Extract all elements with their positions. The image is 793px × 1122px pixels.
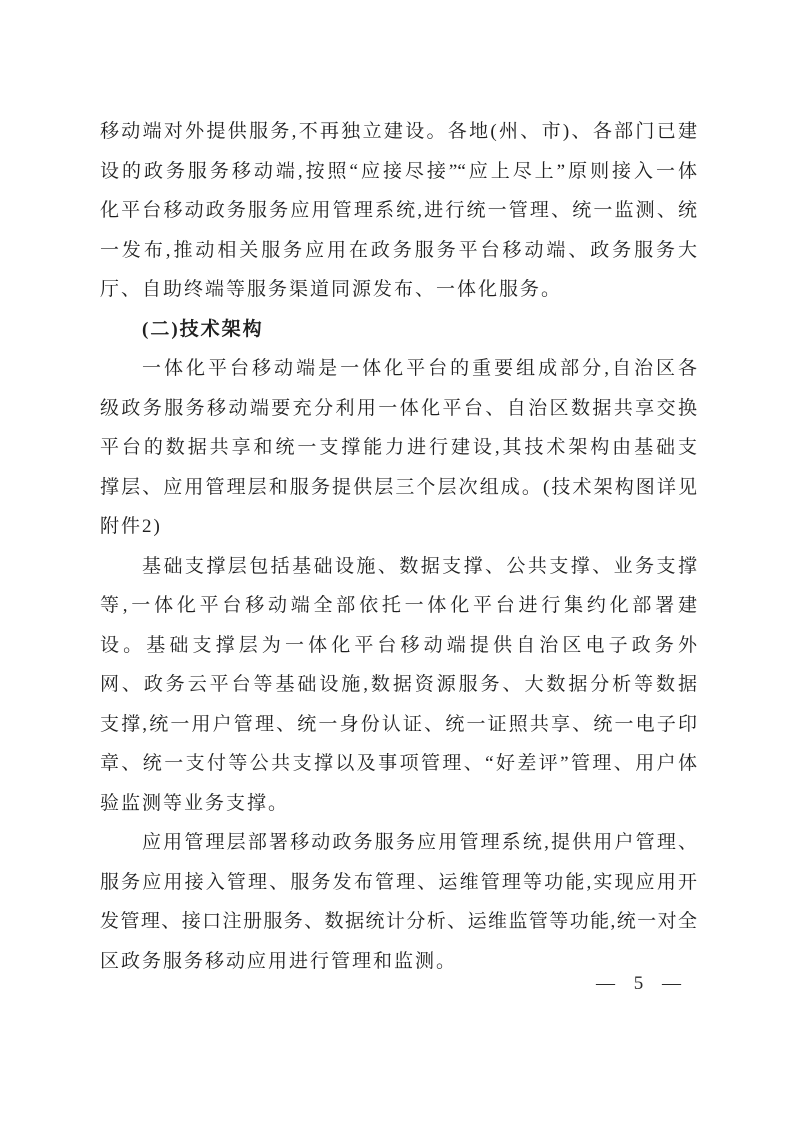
text-line: 应用管理层部署移动政务服务应用管理系统,提供用户管理、 <box>100 823 697 863</box>
text-line: 一发布,推动相关服务应用在政务服务平台移动端、政务服务大 <box>100 231 697 271</box>
text-line: 平台的数据共享和统一支撑能力进行建设,其技术架构由基础支 <box>100 428 697 468</box>
text-line: 设的政务服务移动端,按照“应接尽接”“应上尽上”原则接入一体 <box>100 152 697 192</box>
document-page: 移动端对外提供服务,不再独立建设。各地(州、市)、各部门已建设的政务服务移动端,… <box>0 0 793 1122</box>
text-line: 一体化平台移动端是一体化平台的重要组成部分,自治区各 <box>100 349 697 389</box>
text-line: 网、政务云平台等基础设施,数据资源服务、大数据分析等数据 <box>100 665 697 705</box>
text-line: 移动端对外提供服务,不再独立建设。各地(州、市)、各部门已建 <box>100 112 697 152</box>
text-line: 附件2) <box>100 507 697 547</box>
section-heading: (二)技术架构 <box>100 310 697 350</box>
page-number: — 5 — <box>596 969 683 999</box>
text-line: 等,一体化平台移动端全部依托一体化平台进行集约化部署建 <box>100 586 697 626</box>
text-line: 厅、自助终端等服务渠道同源发布、一体化服务。 <box>100 270 697 310</box>
text-line: 设。基础支撑层为一体化平台移动端提供自治区电子政务外 <box>100 626 697 666</box>
document-body: 移动端对外提供服务,不再独立建设。各地(州、市)、各部门已建设的政务服务移动端,… <box>100 112 697 981</box>
text-line: 验监测等业务支撑。 <box>100 784 697 824</box>
text-line: 发管理、接口注册服务、数据统计分析、运维监管等功能,统一对全 <box>100 902 697 942</box>
text-line: 级政务服务移动端要充分利用一体化平台、自治区数据共享交换 <box>100 389 697 429</box>
text-line: 撑层、应用管理层和服务提供层三个层次组成。(技术架构图详见 <box>100 468 697 508</box>
text-line: 化平台移动政务服务应用管理系统,进行统一管理、统一监测、统 <box>100 191 697 231</box>
text-line: 支撑,统一用户管理、统一身份认证、统一证照共享、统一电子印 <box>100 705 697 745</box>
text-line: 基础支撑层包括基础设施、数据支撑、公共支撑、业务支撑 <box>100 547 697 587</box>
text-line: 服务应用接入管理、服务发布管理、运维管理等功能,实现应用开 <box>100 863 697 903</box>
text-line: 章、统一支付等公共支撑以及事项管理、“好差评”管理、用户体 <box>100 744 697 784</box>
